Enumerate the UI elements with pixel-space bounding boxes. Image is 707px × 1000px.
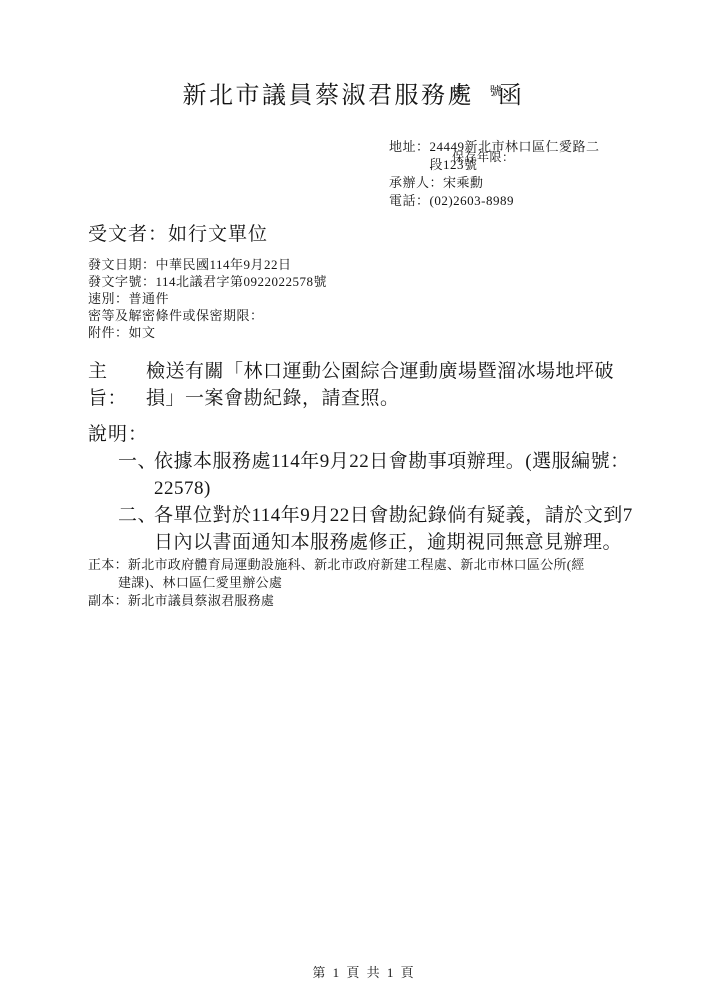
contact-row: 承辦人： 宋乘勳 [389, 174, 600, 192]
item-2-marker: 二、 [118, 502, 154, 556]
priority-label: 速別： [88, 291, 129, 306]
page-indicator: 第 1 頁 共 1 頁 [312, 965, 415, 980]
issue-date-row: 發文日期：中華民國114年9月22日 [88, 256, 327, 273]
recipient-line: 受文者：如行文單位 [88, 222, 268, 248]
item-1-line-2: 22578) [154, 475, 630, 502]
recipient-value: 如行文單位 [168, 224, 268, 245]
subject-block: 主旨： 檢送有關「林口運動公園綜合運動廣場暨溜冰場地坪破 損」一案會勘紀錄，請查… [88, 358, 614, 412]
doc-number-value: 114北議君字第0922022578號 [156, 274, 328, 289]
original-copy-line-2: 建課)、林口區仁愛里辦公處 [88, 574, 585, 592]
phone-number: (02)2603-8989 [430, 192, 515, 210]
item-2-text: 各單位對於114年9月22日會勘紀錄倘有疑義，請於文到7 日內以書面通知本服務處… [154, 502, 633, 556]
subject-line-2: 損」一案會勘紀錄，請查照。 [146, 385, 614, 412]
contact-name: 宋乘勳 [443, 174, 484, 192]
item-2-line-1: 各單位對於114年9月22日會勘紀錄倘有疑義，請於文到7 [154, 502, 633, 529]
copies-block: 正本：新北市政府體育局運動設施科、新北市政府新建工程處、新北市林口區公所(經 建… [88, 556, 585, 610]
issuing-office-name: 新北市議員蔡淑君服務處 [183, 83, 475, 109]
doc-number-label: 發文字號： [88, 274, 156, 289]
address-row: 地址： 24449新北市林口區仁愛路二 段123號 [389, 138, 600, 174]
address-line-1: 24449新北市林口區仁愛路二 [430, 138, 600, 156]
attachment-label: 附件： [88, 325, 129, 340]
attachment-value: 如文 [129, 325, 156, 340]
recipient-label: 受文者： [88, 224, 168, 245]
original-copy-recipients-1: 新北市政府體育局運動設施科、新北市政府新建工程處、新北市林口區公所(經 [128, 557, 585, 572]
item-2-line-2: 日內以書面通知本服務處修正，逾期視同無意見辦理。 [154, 529, 633, 556]
metadata-block: 發文日期：中華民國114年9月22日 發文字號：114北議君字第09220225… [88, 256, 327, 341]
explanation-heading: 說明： [88, 421, 148, 448]
address-label: 地址： [389, 138, 430, 174]
item-1-marker: 一、 [118, 448, 154, 502]
subject-label: 主旨： [88, 358, 146, 412]
official-letter-page: 檔 號： 保存年限： 新北市議員蔡淑君服務處函 地址： 24449新北市林口區仁… [0, 0, 707, 1000]
page-footer: 第 1 頁 共 1 頁 [0, 946, 707, 997]
doc-type-label: 函 [498, 83, 525, 109]
contact-label: 承辦人： [389, 174, 443, 192]
subject-line-1: 檢送有關「林口運動公園綜合運動廣場暨溜冰場地坪破 [146, 358, 614, 385]
explanation-item-2: 二、 各單位對於114年9月22日會勘紀錄倘有疑義，請於文到7 日內以書面通知本… [118, 502, 633, 556]
phone-label: 電話： [389, 192, 430, 210]
cc-copy-recipient: 新北市議員蔡淑君服務處 [128, 593, 274, 608]
address-value: 24449新北市林口區仁愛路二 段123號 [430, 138, 600, 174]
original-copy-recipients-2: 建課)、林口區仁愛里辦公處 [118, 575, 282, 590]
issue-date-label: 發文日期： [88, 257, 156, 272]
classification-label: 密等及解密條件或保密期限： [88, 308, 264, 323]
attachment-row: 附件：如文 [88, 324, 327, 341]
explanation-item-1: 一、 依據本服務處114年9月22日會勘事項辦理。(選服編號： 22578) [118, 448, 630, 502]
issue-date-value: 中華民國114年9月22日 [156, 257, 292, 272]
priority-row: 速別：普通件 [88, 290, 327, 307]
item-1-text: 依據本服務處114年9月22日會勘事項辦理。(選服編號： 22578) [154, 448, 630, 502]
original-copy-label: 正本： [88, 557, 128, 572]
priority-value: 普通件 [129, 291, 170, 306]
address-line-2: 段123號 [430, 156, 600, 174]
cc-copy-label: 副本： [88, 593, 128, 608]
subject-text: 檢送有關「林口運動公園綜合運動廣場暨溜冰場地坪破 損」一案會勘紀錄，請查照。 [146, 358, 614, 412]
phone-row: 電話： (02)2603-8989 [389, 192, 600, 210]
item-1-line-1: 依據本服務處114年9月22日會勘事項辦理。(選服編號： [154, 448, 630, 475]
classification-row: 密等及解密條件或保密期限： [88, 307, 327, 324]
document-title: 新北市議員蔡淑君服務處函 [0, 80, 707, 112]
doc-number-row: 發文字號：114北議君字第0922022578號 [88, 273, 327, 290]
original-copy-line-1: 正本：新北市政府體育局運動設施科、新北市政府新建工程處、新北市林口區公所(經 [88, 556, 585, 574]
cc-copy-line: 副本：新北市議員蔡淑君服務處 [88, 592, 585, 610]
sender-info-block: 地址： 24449新北市林口區仁愛路二 段123號 承辦人： 宋乘勳 電話： (… [389, 138, 600, 210]
